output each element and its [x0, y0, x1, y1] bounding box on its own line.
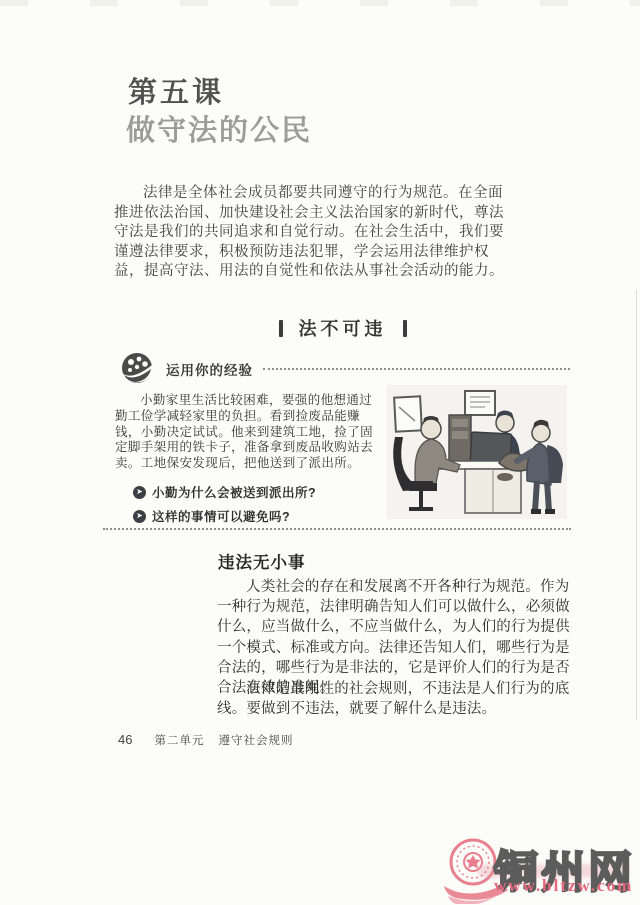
- page-footer: 46 第二单元 遵守社会规则: [118, 732, 293, 748]
- subsection-paragraph: 法律是最刚性的社会规则，不违法是人们行为的底线。要做到不违法，就要了解什么是违法…: [217, 679, 575, 719]
- scan-artifact-right-edge: [636, 290, 637, 720]
- dotted-rule-bottom: [103, 528, 571, 530]
- watermark-site-url: www.bltzw.com: [494, 876, 633, 896]
- lesson-number-heading: 第五课: [128, 70, 224, 111]
- section-heading: 法不可违: [115, 315, 570, 341]
- question-text: 小勤为什么会被送到派出所?: [152, 483, 316, 501]
- textbook-page: 第五课 做守法的公民 法律是全体社会成员都要共同遵守的行为规范。在全面推进依法治…: [0, 0, 640, 905]
- question-text: 这样的事情可以避免吗?: [152, 507, 290, 525]
- question-item: ➤ 小勤为什么会被送到派出所?: [133, 483, 433, 501]
- heading-left-bar: [279, 320, 283, 337]
- site-watermark: 铜州网 www.bltzw.com: [418, 828, 640, 905]
- lesson-intro-paragraph: 法律是全体社会成员都要共同遵守的行为规范。在全面推进依法治国、加快建设社会主义法…: [114, 184, 516, 282]
- unit-title: 遵守社会规则: [218, 732, 293, 748]
- question-item: ➤ 这样的事情可以避免吗?: [133, 507, 433, 525]
- question-bullet-icon: ➤: [133, 510, 146, 523]
- activity-questions: ➤ 小勤为什么会被送到派出所? ➤ 这样的事情可以避免吗?: [133, 483, 433, 531]
- unit-label: 第二单元: [154, 732, 204, 748]
- page-number: 46: [118, 732, 132, 747]
- activity-story-paragraph: 小勤家里生活比较困难，要强的他想通过勤工俭学减轻家里的负担。看到捡废品能赚钱，小…: [115, 393, 384, 472]
- subsection-heading: 违法无小事: [218, 549, 306, 573]
- dotted-rule: [263, 368, 570, 370]
- activity-label: 运用你的经验: [166, 359, 253, 379]
- heading-right-bar: [403, 320, 407, 337]
- lesson-title-heading: 做守法的公民: [126, 108, 312, 149]
- question-bullet-icon: ➤: [133, 486, 146, 499]
- section-heading-text: 法不可违: [299, 315, 387, 341]
- activity-header: 运用你的经验: [118, 351, 570, 387]
- scan-artifact-top: [0, 0, 640, 6]
- experience-activity-icon: [118, 351, 158, 387]
